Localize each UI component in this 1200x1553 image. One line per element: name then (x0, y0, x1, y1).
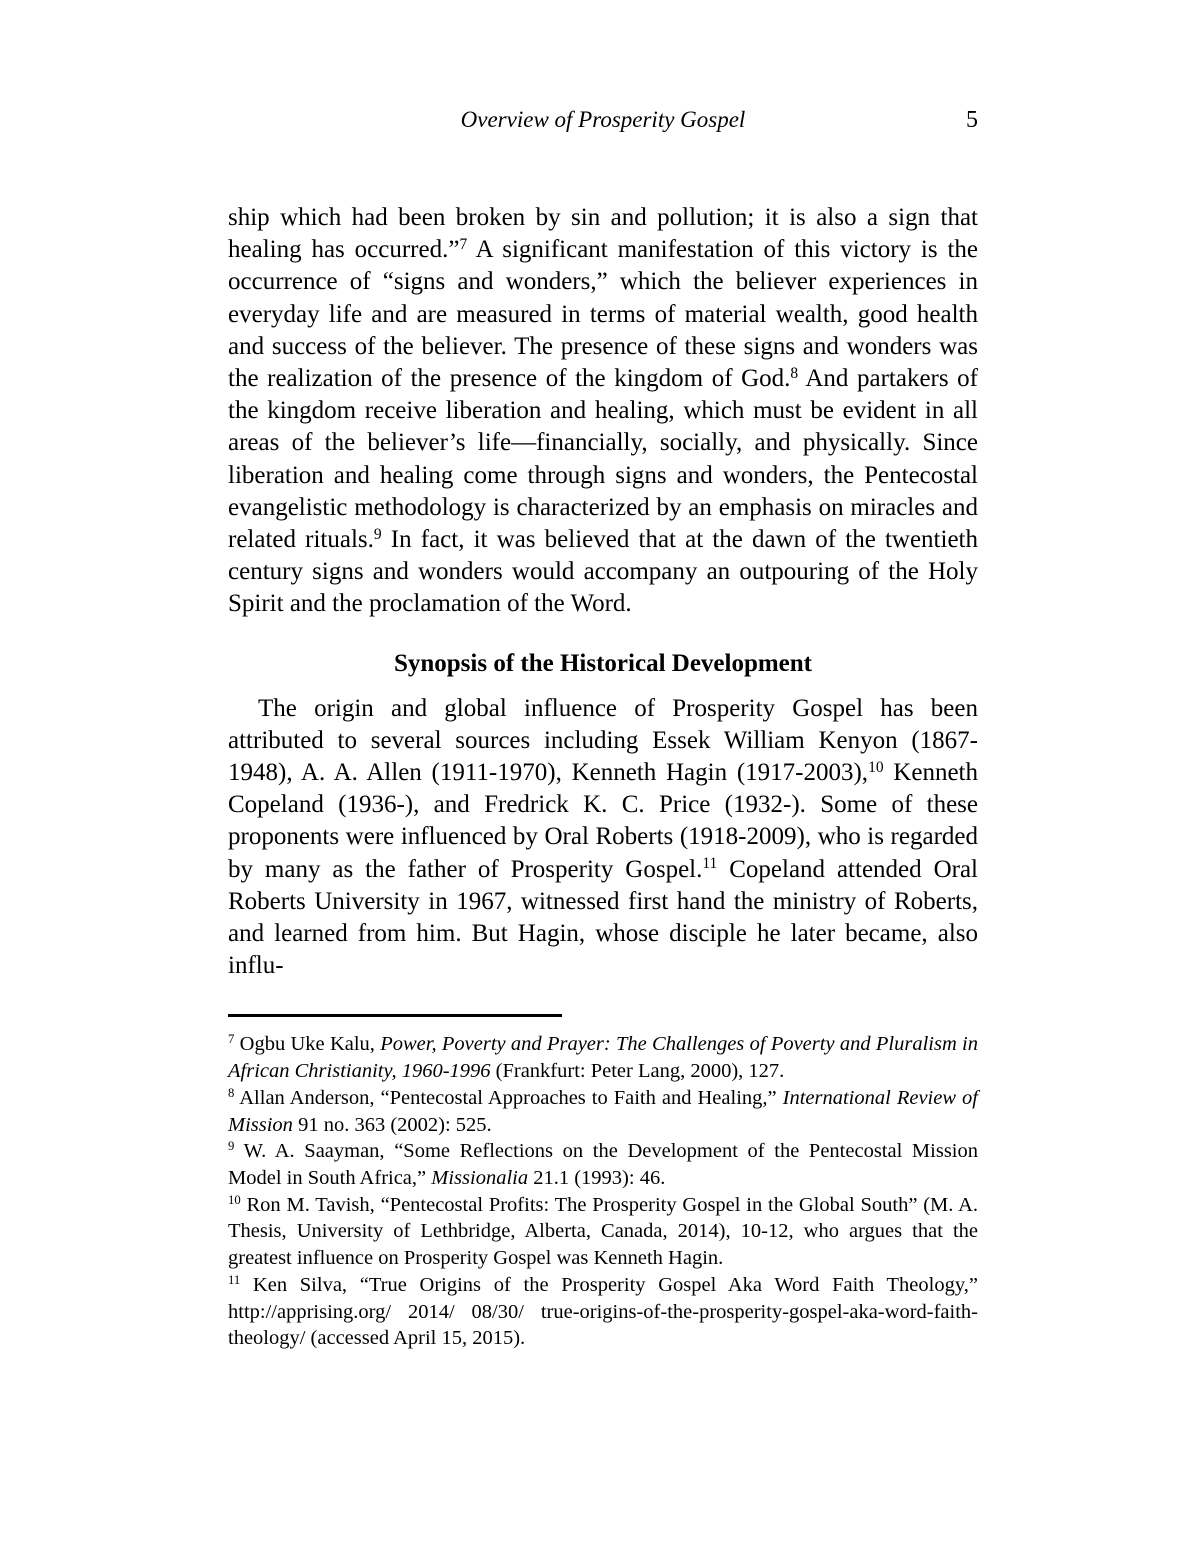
footnote-7: 7 Ogbu Uke Kalu, Power, Poverty and Pray… (228, 1031, 978, 1084)
section-heading: Synopsis of the Historical Development (228, 648, 978, 680)
footnote-10: 10 Ron M. Tavish, “Pentecostal Profits: … (228, 1192, 978, 1272)
footnotes-section: 7 Ogbu Uke Kalu, Power, Poverty and Pray… (228, 1014, 978, 1351)
footnote-9: 9 W. A. Saayman, “Some Reflections on th… (228, 1138, 978, 1191)
page-content: ship which had been broken by sin and po… (228, 202, 978, 1352)
footnote-separator-rule (228, 1014, 562, 1017)
body-paragraph-2: The origin and global influence of Prosp… (228, 693, 978, 983)
body-paragraph-1: ship which had been broken by sin and po… (228, 202, 978, 621)
footnote-11: 11 Ken Silva, “True Origins of the Prosp… (228, 1272, 978, 1352)
footnote-8: 8 Allan Anderson, “Pentecostal Approache… (228, 1085, 978, 1138)
book-page: Overview of Prosperity Gospel 5 ship whi… (0, 0, 1200, 1553)
page-number: 5 (228, 106, 978, 134)
